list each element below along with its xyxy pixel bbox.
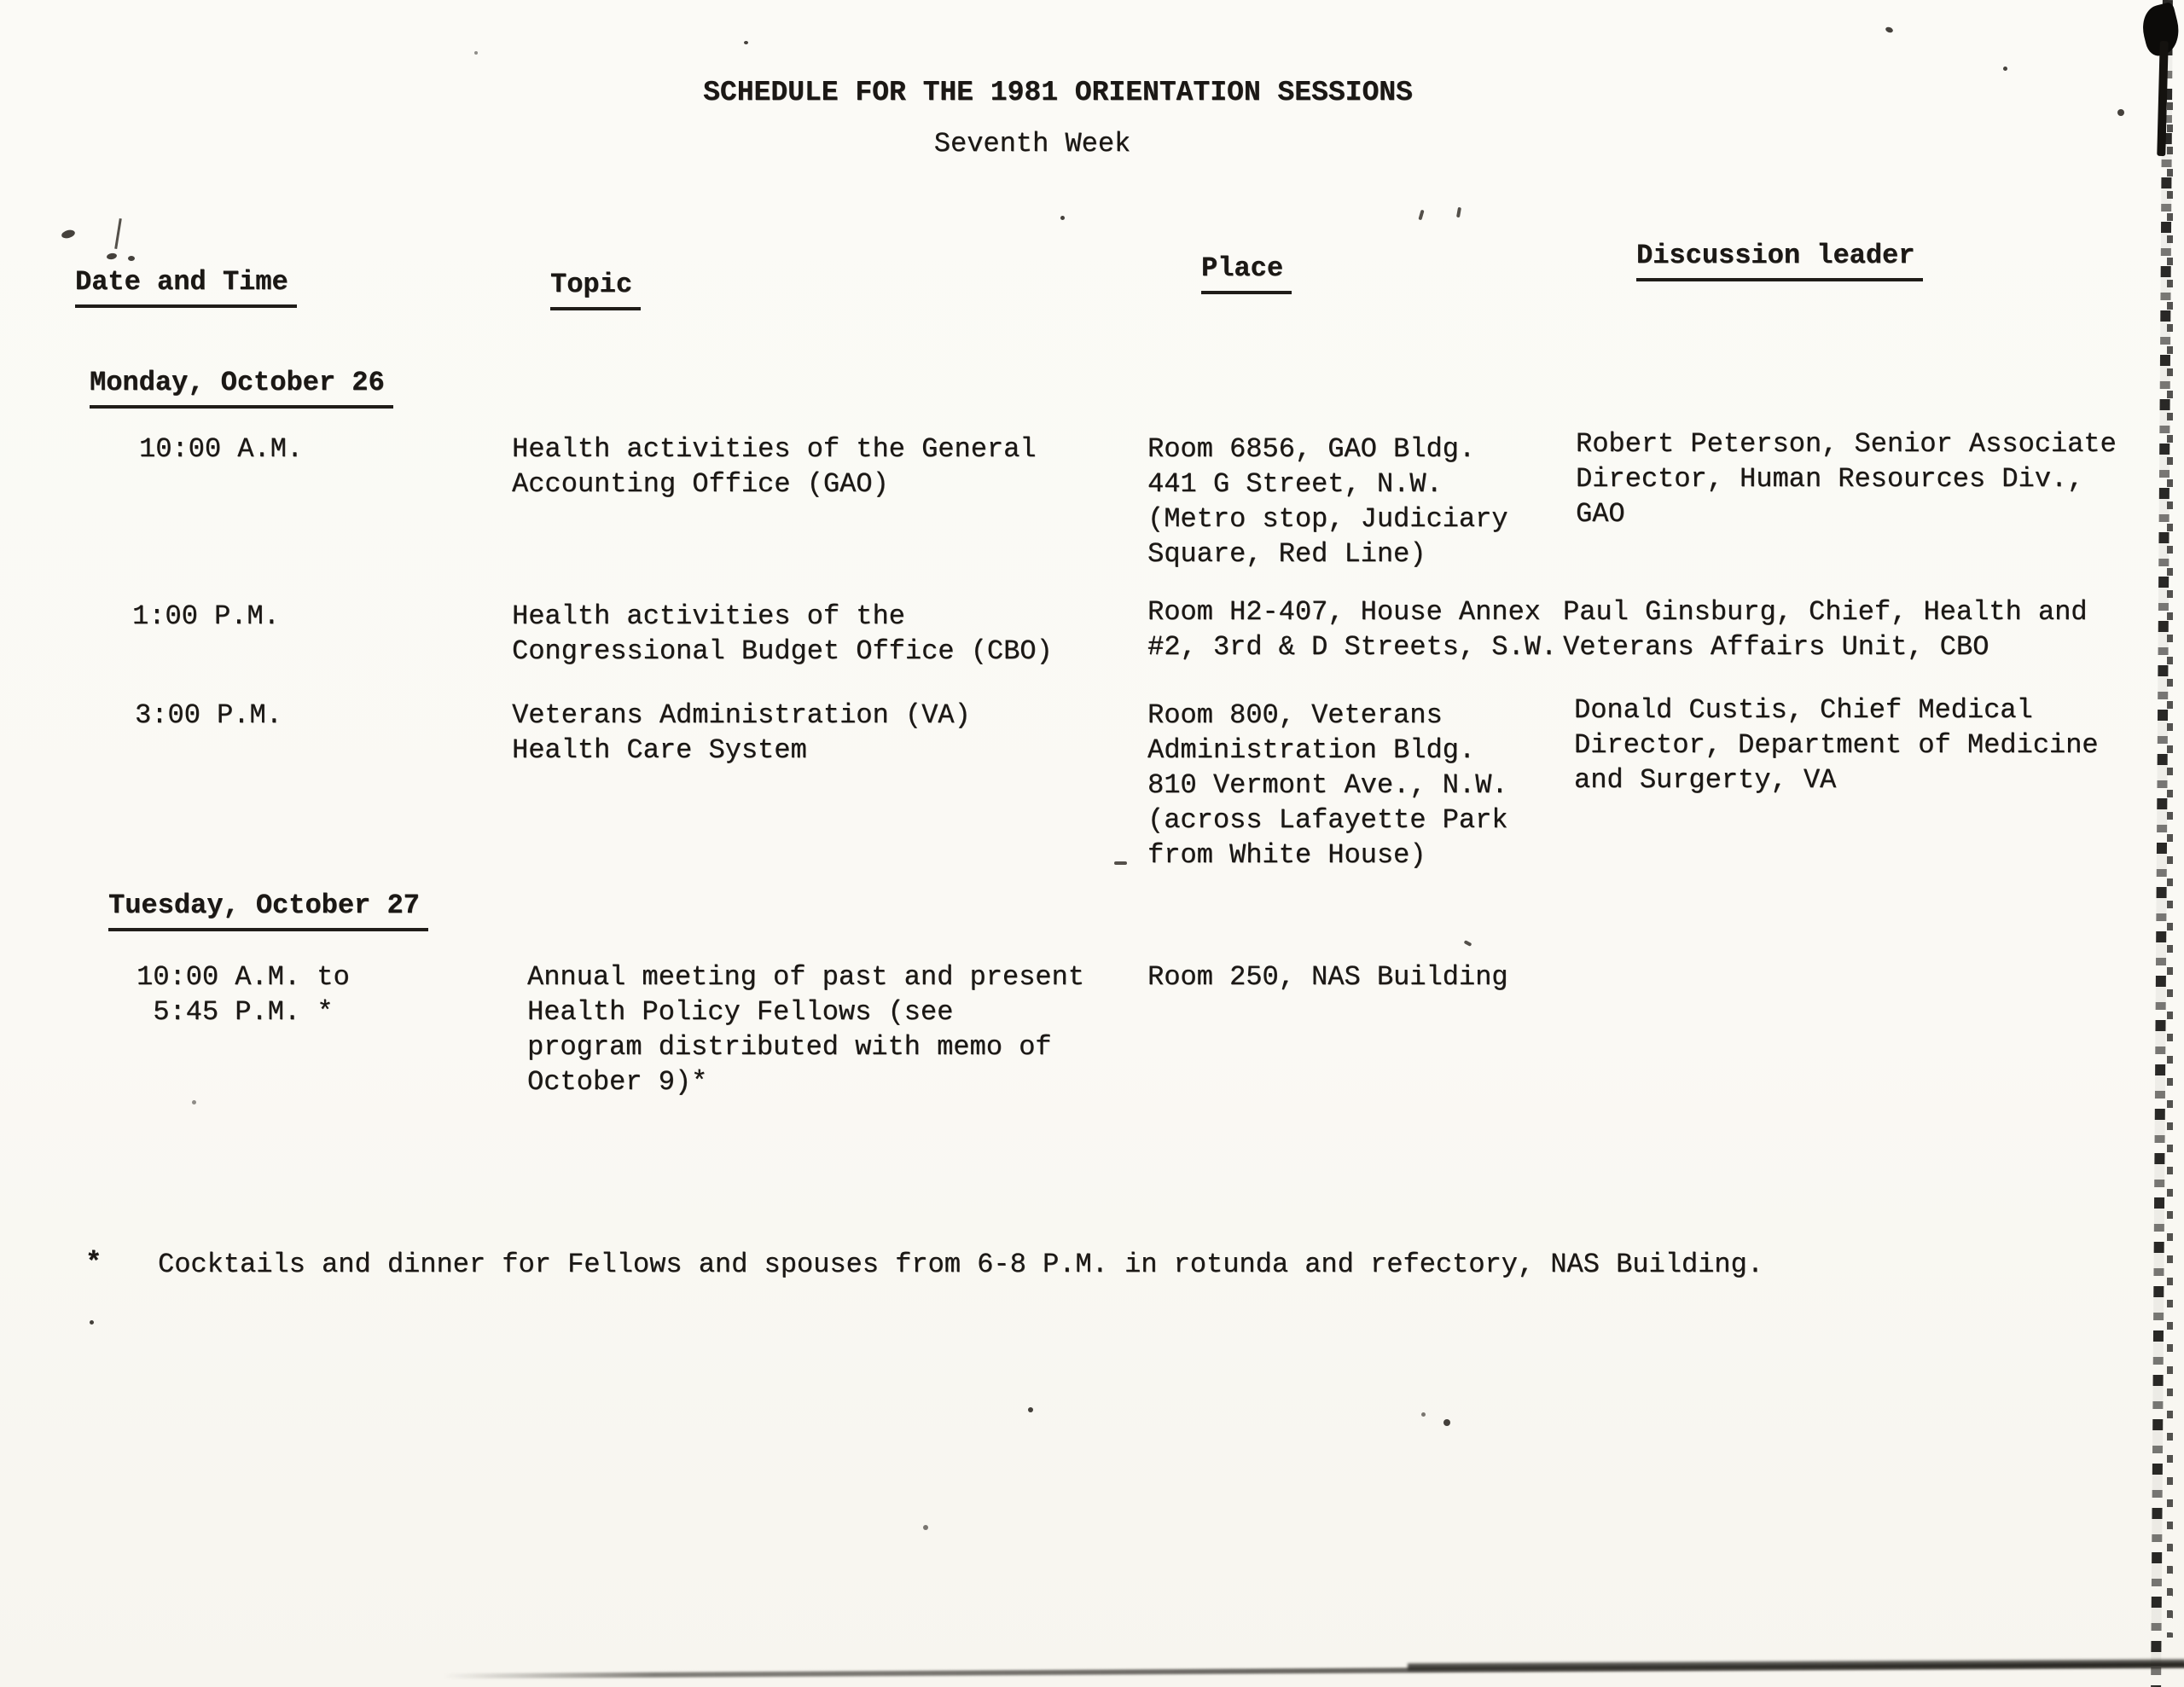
scan-speck — [1028, 1407, 1033, 1412]
cell-topic: Health activities of the Congressional B… — [512, 599, 1053, 669]
cell-leader: Donald Custis, Chief Medical Director, D… — [1574, 693, 2099, 797]
scan-speck — [1443, 1419, 1450, 1426]
scan-speck — [61, 229, 76, 240]
scan-speck — [128, 256, 135, 261]
cell-time: 10:00 A.M. — [139, 432, 303, 467]
scan-speck — [1421, 1412, 1426, 1417]
cell-place: Room 6856, GAO Bldg. 441 G Street, N.W. … — [1147, 432, 1507, 571]
scan-speck — [2003, 67, 2007, 71]
scan-speck — [2117, 109, 2124, 116]
scan-edge-marks — [2167, 102, 2173, 1638]
scan-speck — [1456, 207, 1461, 218]
column-header-discussion-leader: Discussion leader — [1636, 238, 1923, 281]
scan-speck — [923, 1525, 928, 1530]
cell-place: Room H2-407, House Annex #2, 3rd & D Str… — [1147, 594, 1557, 664]
scan-scratch — [114, 218, 122, 249]
section-heading-monday: Monday, October 26 — [90, 365, 393, 409]
document-title: SCHEDULE FOR THE 1981 ORIENTATION SESSIO… — [0, 75, 2116, 110]
cell-topic: Veterans Administration (VA) Health Care… — [512, 698, 971, 768]
scan-speck — [1885, 26, 1894, 34]
scan-speck — [1464, 940, 1472, 947]
scan-speck — [1114, 861, 1127, 865]
scan-speck — [744, 41, 748, 44]
column-header-date-time: Date and Time — [75, 264, 297, 308]
column-header-place: Place — [1201, 251, 1292, 294]
scanned-schedule-document: SCHEDULE FOR THE 1981 ORIENTATION SESSIO… — [0, 0, 2184, 1687]
cell-time: 1:00 P.M. — [132, 599, 280, 634]
cell-time: 10:00 A.M. to 5:45 P.M. * — [136, 959, 350, 1029]
cell-time: 3:00 P.M. — [135, 698, 282, 733]
section-heading-tuesday: Tuesday, October 27 — [108, 888, 428, 931]
scan-speck — [474, 51, 478, 55]
cell-place: Room 800, Veterans Administration Bldg. … — [1147, 698, 1507, 872]
cell-leader: Paul Ginsburg, Chief, Health and Veteran… — [1563, 594, 2088, 664]
scan-speck — [106, 252, 117, 260]
cell-topic: Health activities of the General Account… — [512, 432, 1037, 501]
footnote-asterisk: * — [85, 1245, 102, 1280]
column-header-topic: Topic — [550, 267, 641, 310]
footnote-text: Cocktails and dinner for Fellows and spo… — [158, 1247, 1763, 1282]
scan-speck — [192, 1100, 196, 1104]
scan-speck — [90, 1320, 94, 1325]
cell-place: Room 250, NAS Building — [1147, 959, 1507, 994]
scan-speck — [1418, 210, 1424, 221]
document-subtitle: Seventh Week — [0, 126, 2065, 161]
scan-speck — [1060, 216, 1065, 220]
cell-leader: Robert Peterson, Senior Associate Direct… — [1576, 426, 2117, 531]
cell-topic: Annual meeting of past and present Healt… — [527, 959, 1084, 1099]
